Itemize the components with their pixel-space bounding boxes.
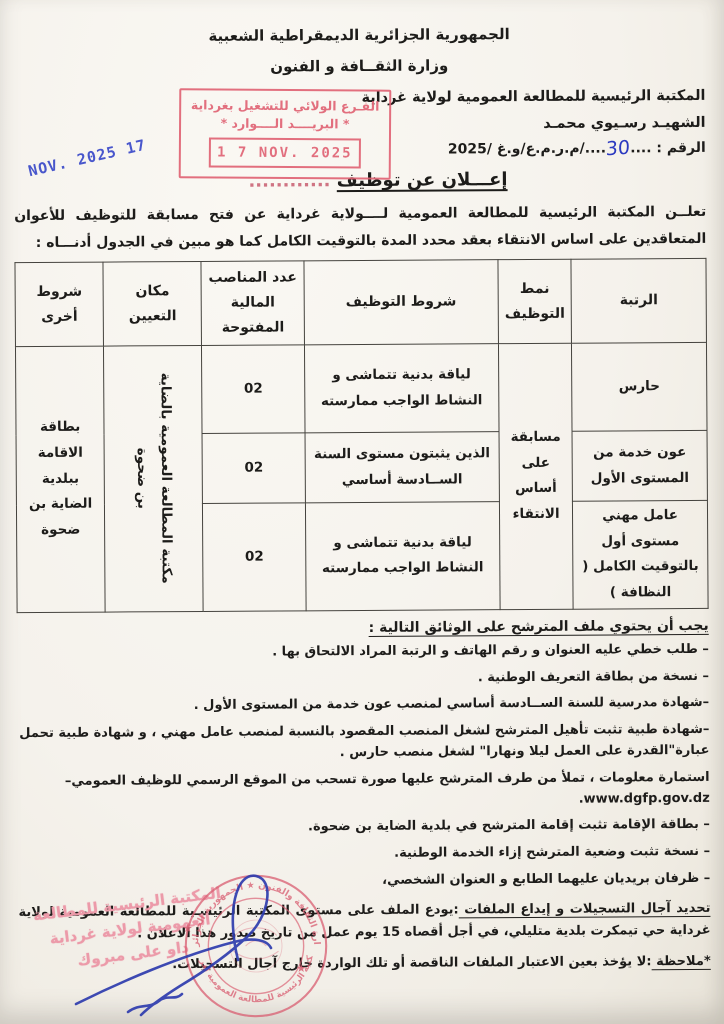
- conditions-cell: لياقة بدنية تتماشى و النشاط الواجب ممارس…: [304, 344, 499, 433]
- reference-suffix: ..../م.ر.م.ع/و.غ /2025: [448, 141, 606, 158]
- document-item: –شهادة مدرسية للسنة الســادسة أساسي لمنص…: [17, 693, 709, 718]
- positions-cell: 02: [202, 345, 305, 434]
- col-mode: نمط التوظيف: [498, 259, 572, 343]
- ministry-title: وزارة الثقــافة و الفنون: [13, 55, 705, 77]
- reference-dots: ....: [630, 140, 651, 156]
- mode-cell: مسابقة على أساس الانتقاء: [498, 343, 573, 609]
- table-row: حارس مسابقة على أساس الانتقاء لياقة بدني…: [15, 343, 707, 435]
- incoming-stamp-label: * البريــــد الــــوارد *: [187, 115, 383, 131]
- location-rotated-text: مكتبة المطالعة العمومية بالضاية بن ضحوة: [129, 363, 179, 595]
- table-header-row: الرتبة نمط التوظيف شروط التوظيف عدد المن…: [15, 259, 707, 347]
- rank-cell: حارس: [572, 343, 707, 432]
- documents-heading: يجب أن يحتوي ملف المترشح على الوثائق الت…: [17, 618, 709, 638]
- document-item: – نسخة من بطاقة التعريف الوطنية .: [17, 666, 709, 691]
- document-item: – بطاقة الإقامة تثبت إقامة المترشح في بل…: [18, 815, 710, 840]
- other-conditions-cell: بطاقة الاقامة ببلدية الضاية بن ضحوة: [15, 346, 105, 612]
- document-item: – طلب خطي عليه العنوان و رقم الهاتف و ال…: [17, 640, 709, 665]
- col-rank: الرتبة: [571, 259, 706, 344]
- reference-label: الرقم :: [651, 140, 705, 156]
- deadline-heading: تحديد آجال التسجيلات و إيداع الملفات: [459, 901, 711, 918]
- col-other: شروط أخرى: [15, 262, 104, 347]
- col-location: مكان التعيين: [103, 262, 202, 347]
- positions-cell: 02: [203, 433, 306, 504]
- col-positions: عدد المناصب المالية المفتوحة: [201, 261, 304, 346]
- rank-cell: عون خدمة من المستوى الأول: [572, 431, 707, 502]
- date-received-box: 1 7 NOV. 2025: [209, 137, 361, 168]
- positions-cell: 02: [203, 503, 306, 611]
- republic-title: الجمهورية الجزائرية الديمقراطية الشعبية: [13, 24, 705, 46]
- incoming-stamp-office: الفـرع الولائي للتشغيل بغرداية: [187, 97, 383, 113]
- signature: [28, 862, 328, 1022]
- note-heading: *ملاحظة: [652, 954, 711, 969]
- reference-handwritten-number: 30: [606, 148, 630, 150]
- rank-cell: عامل مهني مستوى أول بالتوقيت الكامل ( ال…: [573, 501, 709, 609]
- location-cell: مكتبة المطالعة العمومية بالضاية بن ضحوة: [104, 346, 204, 612]
- document-page: الجمهورية الجزائرية الديمقراطية الشعبية …: [0, 0, 724, 1024]
- conditions-cell: لياقة بدنية تتماشى و النشاط الواجب ممارس…: [305, 502, 500, 611]
- conditions-cell: الذين يثبتون مستوى السنة الســادسة أساسي: [305, 432, 500, 503]
- recruitment-table: الرتبة نمط التوظيف شروط التوظيف عدد المن…: [14, 258, 708, 613]
- document-item: استمارة معلومات ، تملأ من طرف المترشح عل…: [18, 768, 710, 814]
- incoming-mail-stamp: الفـرع الولائي للتشغيل بغرداية * البريــ…: [179, 88, 392, 179]
- required-documents-section: يجب أن يحتوي ملف المترشح على الوثائق الت…: [17, 618, 711, 894]
- intro-paragraph: تعلــن المكتبة الرئيسية للمطالعة العمومي…: [14, 199, 706, 256]
- col-conditions: شروط التوظيف: [304, 260, 499, 345]
- document-item: –شهادة طبية تثبت تأهيل المترشح لشغل المن…: [17, 720, 709, 766]
